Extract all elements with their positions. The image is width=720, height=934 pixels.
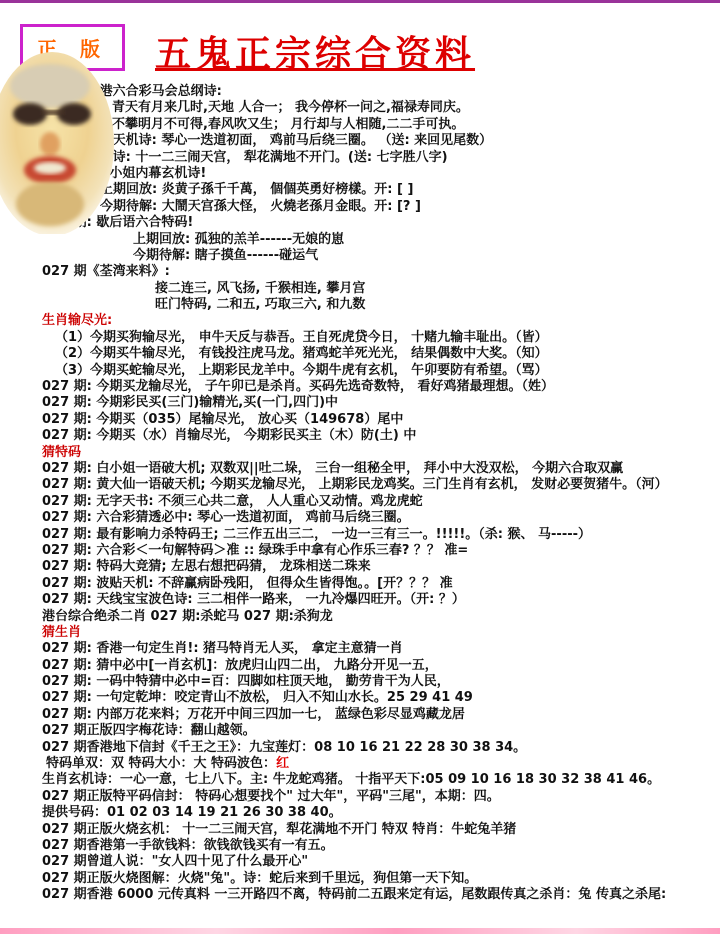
authentic-badge-label: 正 版	[37, 37, 108, 61]
text-line: 027 期: 今期买（035）尾输尽光， 放心买（149678）尾中	[0, 412, 720, 428]
text-line: 027 期曾道人说："女人四十见了什么最开心"	[0, 854, 720, 870]
text-line: 027 期: 香港一句定生肖!: 猪马特肖无人买， 拿定主意猜一肖	[0, 641, 720, 657]
text-line: 027 期: 天线宝宝波色诗: 三二相伴一路来， 一九冷爆四旺开。（开: ？）	[0, 592, 720, 608]
text-line: 027 期: 无字天书: 不须三心共二意， 人人重心又动情。鸡龙虎蛇	[0, 494, 720, 510]
text-line: 生肖玄机诗：一心一意，七上八下。主: 牛龙蛇鸡猪。 十指平天下:05 09 10…	[0, 772, 720, 788]
text-line: 027 期: 今期买龙输尽光， 子午卯已是杀肖。买码先选奇数特， 看好鸡猪最理想…	[0, 379, 720, 395]
text-line: 上期回放: 孤独的羔羊------无娘的崽	[0, 232, 720, 248]
text-line: 特码单双：双 特码大小：大 特码波色：红	[0, 756, 720, 772]
text-line: 027 期正版特平码信封： 特码心想要找个" 过大年"，平码"三尾"，本期：四。	[0, 789, 720, 805]
text-line: 接二连三, 风飞扬, 千猴相连, 攀月宫	[0, 281, 720, 297]
text-line: 027 期正版火烧玄机： 十一二三闹天宫，犁花满地不开门 特双 特肖：牛蛇兔羊猪	[0, 822, 720, 838]
text-line: 青天有月来几时,天地 人合一； 我今停杯一问之,福禄寿同庆。	[0, 100, 720, 116]
text-line: 港台综合绝杀二肖 027 期:杀蛇马 027 期:杀狗龙	[0, 609, 720, 625]
content-lines: 027 期香港六合彩马会总纲诗:青天有月来几时,天地 人合一； 我今停杯一问之,…	[0, 84, 720, 904]
text-line: 027 期: 今期彩民买(三门)输精光,买(一门,四门)中	[0, 395, 720, 411]
authentic-badge: 正 版	[20, 24, 125, 71]
text-line: 027 期: 最有影响力杀特码王; 二三作五出三二， 一边一三有三一。!!!!!…	[0, 527, 720, 543]
text-line: 027 期: 六合彩＜一句解特码＞准 :: 绿珠手中拿有心作乐三春? ？？ 准=	[0, 543, 720, 559]
section-heading: 猜生肖	[0, 625, 720, 641]
text-line: 不攀明月不可得,春风吹又生； 月行却与人相随,二二手可执。	[0, 117, 720, 133]
text-line: 027 期香港六合彩马会总纲诗:	[0, 84, 720, 100]
text-line: 027 期香港地下信封《千王之王》：九宝莲灯：08 10 16 21 22 28…	[0, 740, 720, 756]
text-line: 027 期: 波贴天机: 不辞赢病卧残阳， 但得众生皆得饱。。[开？？？ 准	[0, 576, 720, 592]
section-heading: 生肖输尽光:	[0, 313, 720, 329]
text-line: （3）今期买蛇输尽光， 上期彩民龙羊中。今期牛虎有玄机， 午卯要防有希望。（骂）	[0, 363, 720, 379]
text-line: 027 期: 今期买（水）肖输尽光， 今期彩民买主（木）防(土) 中	[0, 428, 720, 444]
text-line: 027 期香港 6000 元传真料 一三开路四不离，特码前二五跟来定有运，尾数跟…	[0, 887, 720, 903]
text-line: 上期回放: 炎黄子孫千千萬， 個個英勇好榜樣。开: [ ]	[0, 182, 720, 198]
text-line: 027 期: 特码大竞猜; 左思右想把码猜， 龙珠相送二珠来	[0, 559, 720, 575]
text-line: 027 期: 白小姐一语破大机; 双数双||吐二垛， 三台一组秘全甲， 拜小中大…	[0, 461, 720, 477]
text-line: 027 期正版火烧图解：火烧"兔"。诗：蛇后来到千里远，狗但第一天下知。	[0, 871, 720, 887]
text-line: 旺门特码, 二和五, 巧取三六, 和九数	[0, 297, 720, 313]
section-heading: 猜特码	[0, 445, 720, 461]
bottom-pink-bar	[0, 928, 720, 934]
text-line: 027 期: 白小姐内幕玄机诗!	[0, 166, 720, 182]
page-title: 五鬼正宗综合资料	[155, 26, 695, 77]
text-line: 今期待解: 瞎子摸鱼------碰运气	[0, 248, 720, 264]
text-line: 027 期: 猜中必中[一肖玄机]：放虎归山四二出， 九路分开见一五，	[0, 658, 720, 674]
text-line: 提供号码：01 02 03 14 19 21 26 30 38 40。	[0, 805, 720, 821]
text-line: 027 期澳门天机诗: 琴心一迭道初面， 鸡前马后绕三圈。 （送: 来回见尾数）	[0, 133, 720, 149]
text-line: 027 期正版四字梅花诗：翻山越领。	[0, 723, 720, 739]
text-line: 027 期: 六合彩猜透必中: 琴心一迭道初面， 鸡前马后绕三圈。	[0, 510, 720, 526]
text-line: 027 期先锋诗: 十一二三闹天宫， 犁花满地不开门。(送: 七字胜八字)	[0, 150, 720, 166]
text-line: 027 期: 内部万花来料；万花开中间三四加一七， 蓝绿色彩尽显鸡藏龙居	[0, 707, 720, 723]
text-run: 特码单双：双 特码大小：大 特码波色：	[46, 756, 276, 771]
text-line: 今期待解: 大鬧天宫孫大怪， 火燒老孫月金眼。开: [? ]	[0, 199, 720, 215]
top-border-rule	[0, 0, 720, 3]
text-line: （2）今期买牛输尽光， 有钱投注虎马龙。猪鸡蛇羊死光光， 结果偶数中大奖。（知）	[0, 346, 720, 362]
text-line: 027 期《荃湾来料》:	[0, 264, 720, 280]
text-line: （1）今期买狗输尽光， 申牛天反与恭吾。王自死虎贷今日， 十赌九输丰耻出。（皆）	[0, 330, 720, 346]
text-line: 027 期香港第一手欲钱料：欲钱欲钱买有一有五。	[0, 838, 720, 854]
text-line: 027 期: 歇后语六合特码!	[0, 215, 720, 231]
text-line: 027 期: 黄大仙一语破天机; 今期买龙输尽光， 上期彩民龙鸡奖。三门生肖有玄…	[0, 477, 720, 493]
text-line: 027 期: 一码中特猜中必中=百：四脚如柱顶天地， 勤劳肯干为人民，	[0, 674, 720, 690]
text-run: 红	[276, 756, 289, 771]
text-line: 027 期: 一句定乾坤：咬定青山不放松， 归入不知山水长。25 29 41 4…	[0, 690, 720, 706]
